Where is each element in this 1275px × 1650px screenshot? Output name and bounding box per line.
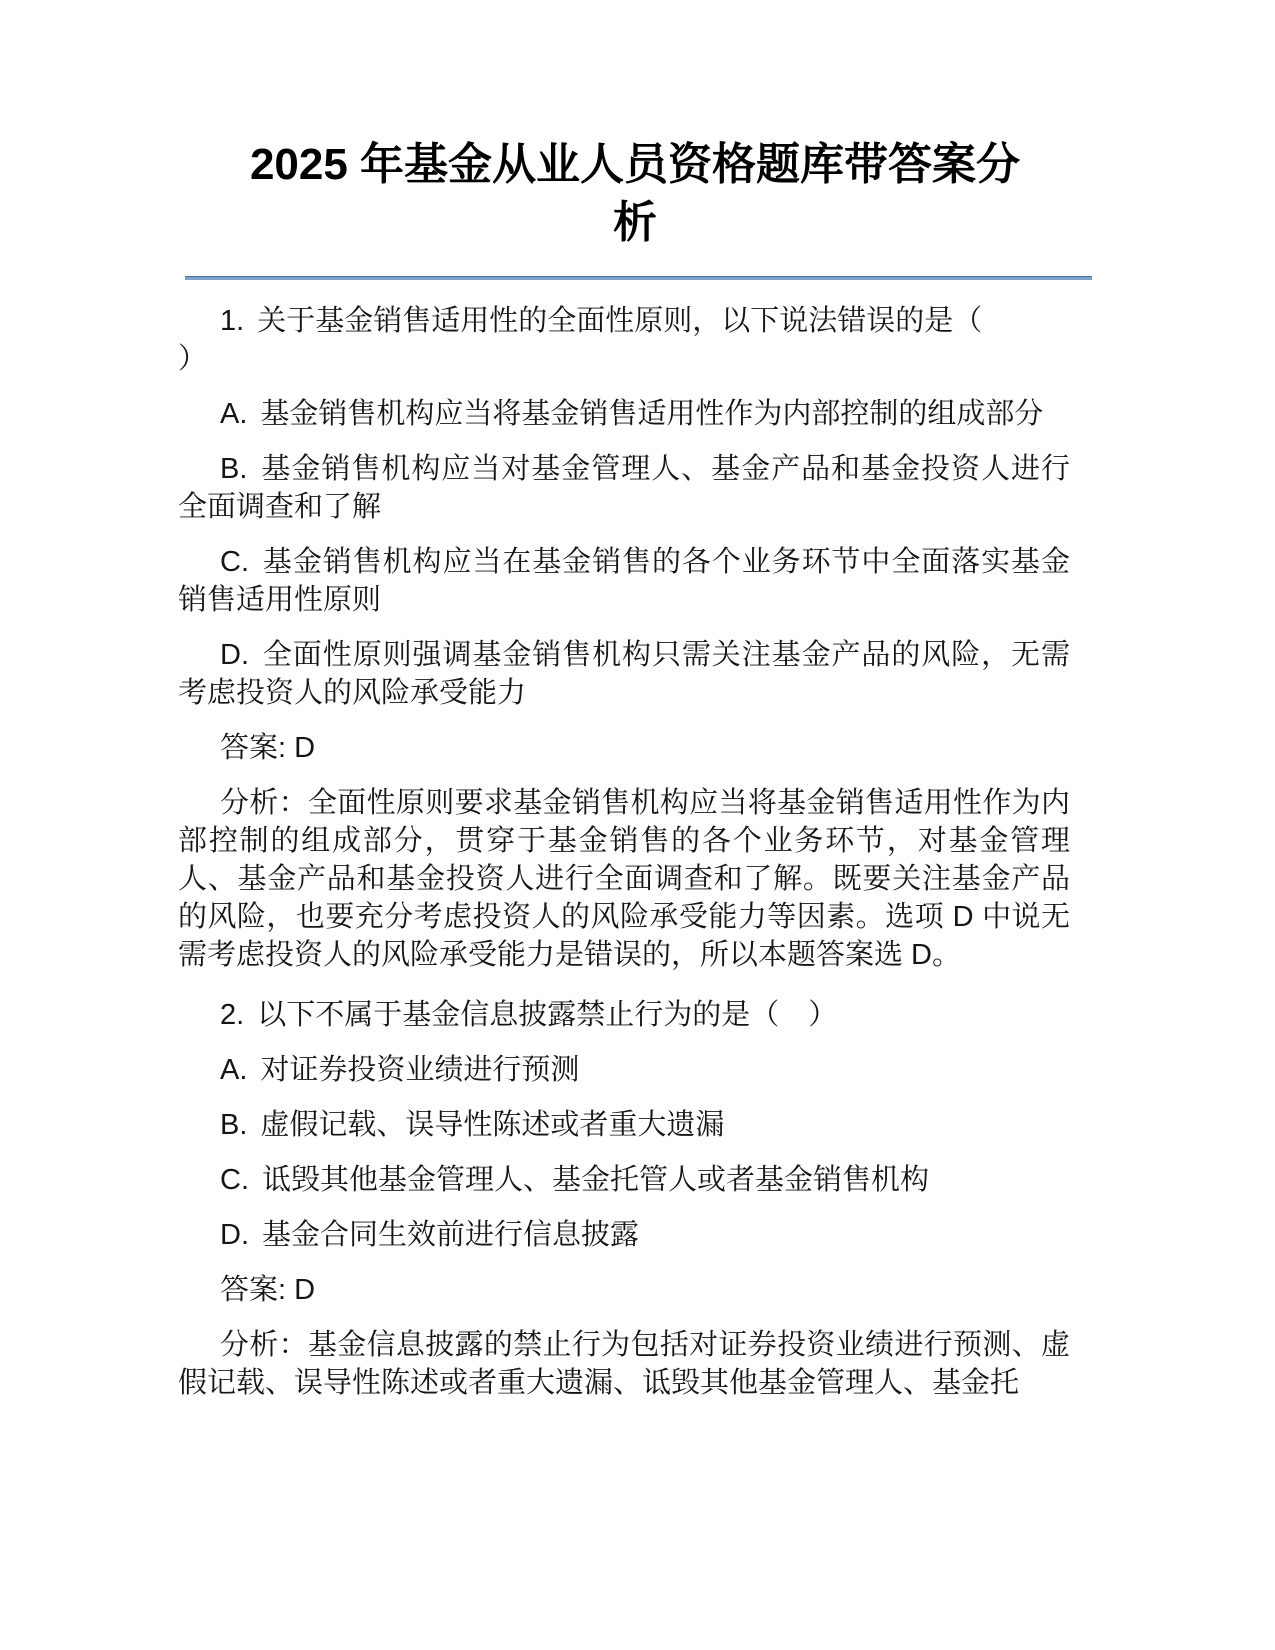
question-2-option-d: D.基金合同生效前进行信息披露 (178, 1216, 1070, 1254)
document-body: 1.关于基金销售适用性的全面性原则，以下说法错误的是（ ） A.基金销售机构应当… (178, 302, 1070, 1402)
option-b-label: B. (220, 1106, 247, 1144)
question-1-option-b: B.基金销售机构应当对基金管理人、基金产品和基金投资人进行全面调查和了解 (178, 450, 1070, 526)
question-1-analysis: 分析：全面性原则要求基金销售机构应当将基金销售适用性作为内部控制的组成部分，贯穿… (178, 784, 1070, 974)
question-2-option-a: A.对证券投资业绩进行预测 (178, 1051, 1070, 1089)
option-d-label: D. (220, 1216, 249, 1254)
question-2-option-b: B.虚假记载、误导性陈述或者重大遗漏 (178, 1106, 1070, 1144)
question-1-block: 1.关于基金销售适用性的全面性原则，以下说法错误的是（ ） A.基金销售机构应当… (178, 302, 1070, 974)
question-2-analysis: 分析：基金信息披露的禁止行为包括对证券投资业绩进行预测、虚假记载、误导性陈述或者… (178, 1326, 1070, 1402)
question-1-answer: 答案: D (178, 729, 1070, 767)
document-page: 2025 年基金从业人员资格题库带答案分析 1.关于基金销售适用性的全面性原则，… (0, 0, 1275, 1650)
title-divider-rule (185, 276, 1092, 280)
question-1-stem: 1.关于基金销售适用性的全面性原则，以下说法错误的是（ ） (178, 302, 1070, 378)
option-c-label: C. (220, 543, 249, 581)
question-2-stem: 2.以下不属于基金信息披露禁止行为的是（ ） (178, 996, 1070, 1034)
question-1-option-d: D.全面性原则强调基金销售机构只需关注基金产品的风险，无需考虑投资人的风险承受能… (178, 636, 1070, 712)
option-a-label: A. (220, 395, 247, 433)
option-c-label: C. (220, 1161, 249, 1199)
question-2-number: 2. (220, 996, 244, 1034)
option-d-label: D. (220, 636, 249, 674)
question-1-option-c: C.基金销售机构应当在基金销售的各个业务环节中全面落实基金销售适用性原则 (178, 543, 1070, 619)
question-2-answer: 答案: D (178, 1271, 1070, 1309)
question-1-option-a: A.基金销售机构应当将基金销售适用性作为内部控制的组成部分 (178, 395, 1070, 433)
question-1-number: 1. (220, 302, 244, 340)
option-a-label: A. (220, 1051, 247, 1089)
document-title: 2025 年基金从业人员资格题库带答案分析 (240, 136, 1030, 252)
question-2-block: 2.以下不属于基金信息披露禁止行为的是（ ） A.对证券投资业绩进行预测 B.虚… (178, 996, 1070, 1402)
question-2-option-c: C.诋毁其他基金管理人、基金托管人或者基金销售机构 (178, 1161, 1070, 1199)
option-b-label: B. (220, 450, 247, 488)
